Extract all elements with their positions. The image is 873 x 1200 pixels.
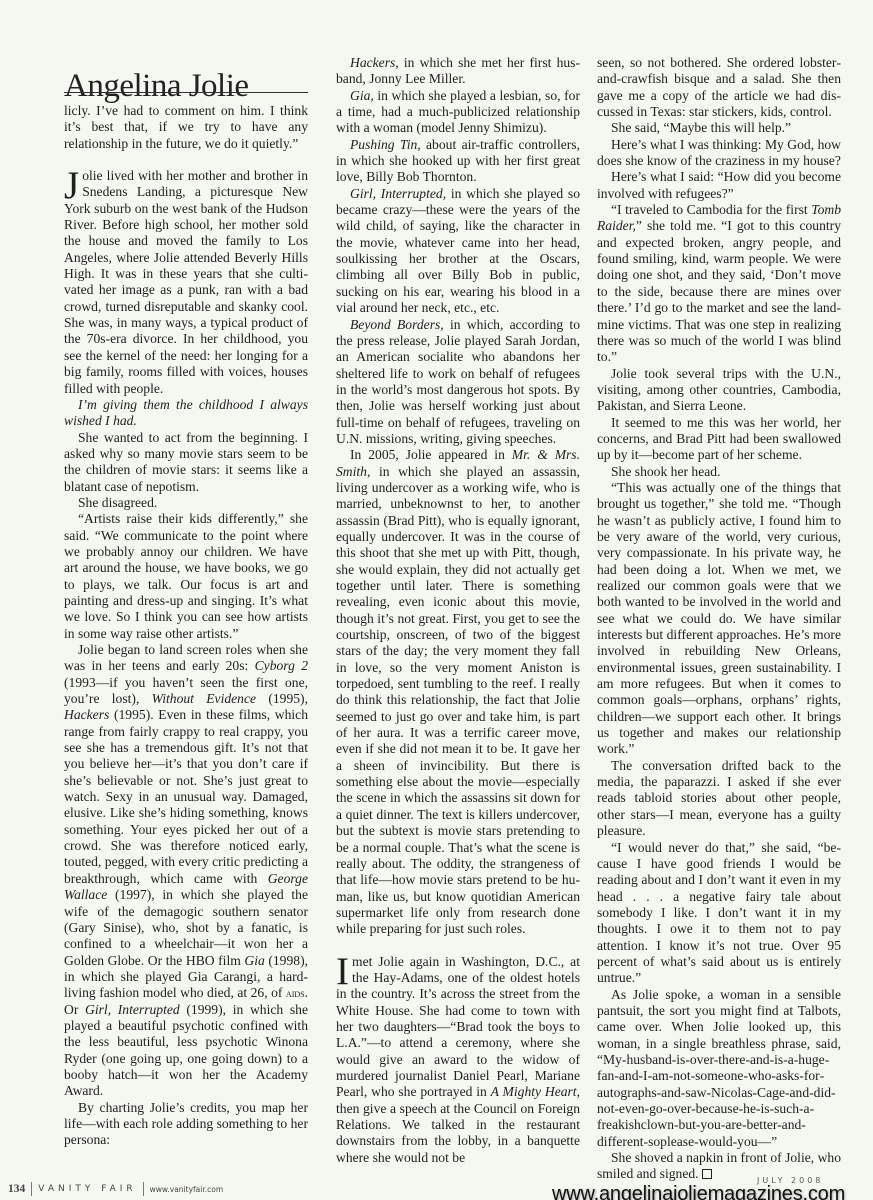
paragraph: She wanted to act from the beginning. I …: [64, 430, 308, 495]
pull-quote-paragraph: I’m giving them the childhood I always w…: [64, 397, 308, 430]
paragraph: I met Jolie again in Washington, D.C., a…: [336, 954, 580, 1166]
magazine-name: VANITY FAIR: [38, 1184, 136, 1194]
end-of-article-square-icon: [702, 1169, 712, 1179]
paragraph: As Jolie spoke, a woman in a sensible pa…: [597, 987, 841, 1150]
footer-divider: [143, 1182, 144, 1196]
film-title: Without Evidence: [152, 691, 256, 706]
film-title: Gia,: [350, 88, 374, 103]
paragraph: Beyond Borders, in which, according to t…: [336, 317, 580, 448]
paragraph: “Artists raise their kids differently,” …: [64, 511, 308, 642]
title-rule: [64, 92, 308, 93]
paragraph: seen, so not bothered. She ordered lobst…: [597, 55, 841, 120]
paragraph: Here’s what I was thinking: My God, how …: [597, 137, 841, 170]
paragraph: By charting Jolie’s credits, you map her…: [64, 1100, 308, 1149]
paragraph: Here’s what I said: “How did you become …: [597, 169, 841, 202]
film-title: Girl, Interrupted,: [350, 186, 446, 201]
film-title: Gia: [244, 953, 264, 968]
article-column-1: licly. I’ve had to comment on him. I thi…: [64, 103, 308, 1149]
film-title: Pushing Tin,: [350, 137, 421, 152]
paragraph: She said, “Maybe this will help.”: [597, 120, 841, 136]
page-title: Angelina Jolie: [64, 68, 249, 105]
paragraph: Pushing Tin, about air-traffic controlle…: [336, 137, 580, 186]
paragraph: Jolie took several trips with the U.N., …: [597, 366, 841, 415]
paragraph: licly. I’ve had to comment on him. I thi…: [64, 103, 308, 152]
page-footer: 134 VANITY FAIR www.vanityfair.com: [8, 1182, 223, 1196]
paragraph: The conversation drifted back to the med…: [597, 758, 841, 840]
paragraph: “I traveled to Cambodia for the first To…: [597, 202, 841, 365]
paragraph: “This was actually one of the things tha…: [597, 480, 841, 758]
paragraph: Jolie began to land screen roles when sh…: [64, 642, 308, 1100]
film-title: Beyond Borders,: [350, 317, 444, 332]
page-number: 134: [8, 1183, 25, 1195]
article-column-3: seen, so not bothered. She ordered lobst…: [597, 55, 841, 1183]
paragraph: It seemed to me this was her world, her …: [597, 415, 841, 464]
drop-cap: I: [336, 956, 349, 987]
magazine-url: www.vanityfair.com: [150, 1185, 223, 1194]
paragraph: Girl, Interrupted, in which she played s…: [336, 186, 580, 317]
paragraph: She disagreed.: [64, 495, 308, 511]
film-title: Hackers,: [350, 55, 399, 70]
footer-divider: [31, 1182, 32, 1196]
paragraph: Gia, in which she played a lesbian, so, …: [336, 88, 580, 137]
drop-cap: J: [64, 170, 79, 201]
article-column-2: Hackers, in which she met her first hus­…: [336, 55, 580, 1166]
film-title: A Mighty Heart,: [491, 1084, 580, 1099]
film-title: Girl, Interrupted: [85, 1002, 180, 1017]
film-title: Hackers: [64, 707, 109, 722]
film-title: Cyborg 2: [255, 658, 308, 673]
paragraph: “I would never do that,” she said, “be­c…: [597, 840, 841, 987]
paragraph: Jolie lived with her mother and brother …: [64, 168, 308, 397]
watermark: www.angelinajoliemagazines.com: [552, 1183, 845, 1200]
paragraph: She shook her head.: [597, 464, 841, 480]
paragraph: Hackers, in which she met her first hus­…: [336, 55, 580, 88]
paragraph: In 2005, Jolie appeared in Mr. & Mrs. Sm…: [336, 447, 580, 937]
